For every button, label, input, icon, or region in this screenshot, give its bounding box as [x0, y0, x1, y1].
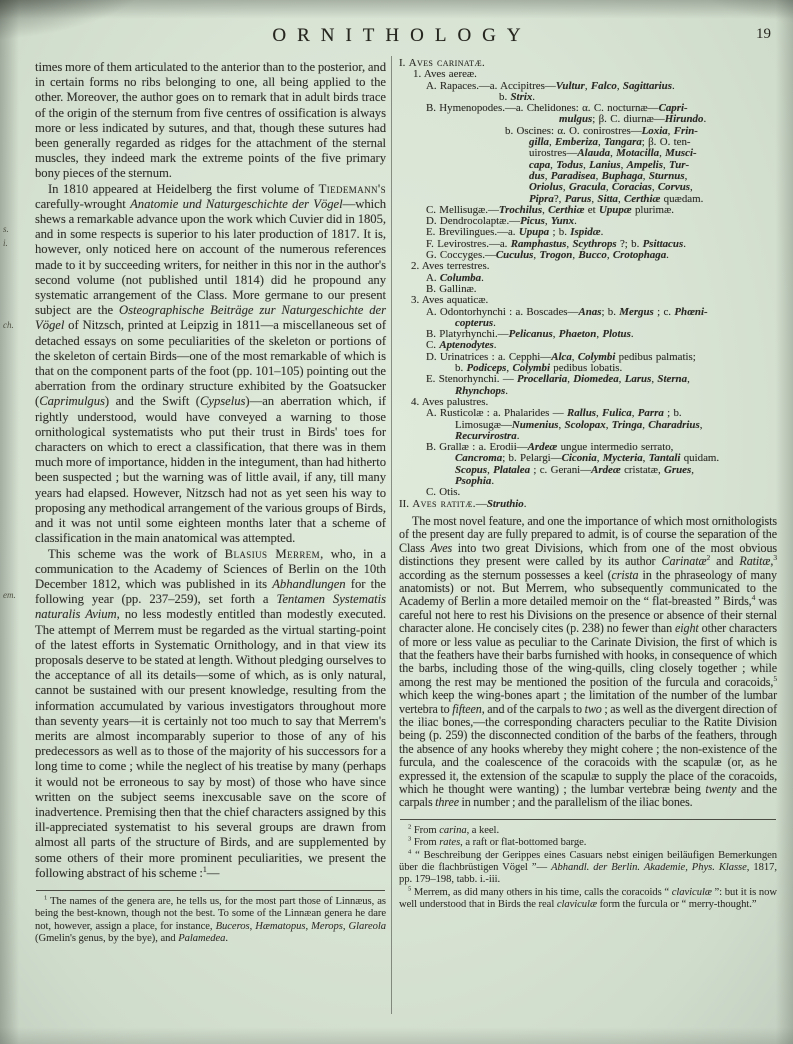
book-page: ORNITHOLOGY 19 s.i.ch.em. times more of …	[0, 0, 793, 1044]
right-column: I. Aves carinatæ.1. Aves aereæ.A. Rapace…	[399, 58, 777, 912]
margin-note: ch.	[3, 320, 14, 330]
footnote: 5 Merrem, as did many others in his time…	[399, 887, 777, 912]
margin-note: i.	[3, 238, 8, 248]
paragraph: The most novel feature, and one the impo…	[399, 515, 777, 810]
page-number: 19	[756, 26, 771, 43]
page-title: ORNITHOLOGY	[0, 25, 793, 47]
margin-note: em.	[3, 590, 16, 600]
left-column-text: times more of them articulated to the an…	[35, 60, 386, 881]
left-column-footnotes: 1 The names of the genera are, he tells …	[35, 896, 386, 946]
classification-line: A. Rapaces.—a. Accipitres—Vultur, Falco,…	[399, 81, 777, 92]
classification-line: II. Aves ratitæ.—Struthio.	[399, 499, 777, 510]
footnote-rule	[400, 819, 776, 820]
classification-list: I. Aves carinatæ.1. Aves aereæ.A. Rapace…	[399, 58, 777, 510]
column-divider-rule	[391, 56, 392, 1014]
right-column-footnotes: 2 From carina, a keel.3 From rates, a ra…	[399, 825, 777, 912]
footnote-rule	[36, 890, 385, 891]
footnote: 2 From carina, a keel.	[399, 825, 777, 837]
margin-note: s.	[3, 224, 9, 234]
footnote: 1 The names of the genera are, he tells …	[35, 896, 386, 946]
paragraph: times more of them articulated to the an…	[35, 60, 386, 182]
footnote: 3 From rates, a raft or flat-bottomed ba…	[399, 837, 777, 849]
paragraph: This scheme was the work of Blasius Merr…	[35, 547, 386, 881]
left-column: times more of them articulated to the an…	[35, 60, 386, 946]
paragraph: In 1810 appeared at Heidelberg the first…	[35, 182, 386, 547]
right-column-text: The most novel feature, and one the impo…	[399, 515, 777, 810]
footnote: 4 “ Beschreibung der Gerippes eines Casu…	[399, 850, 777, 887]
